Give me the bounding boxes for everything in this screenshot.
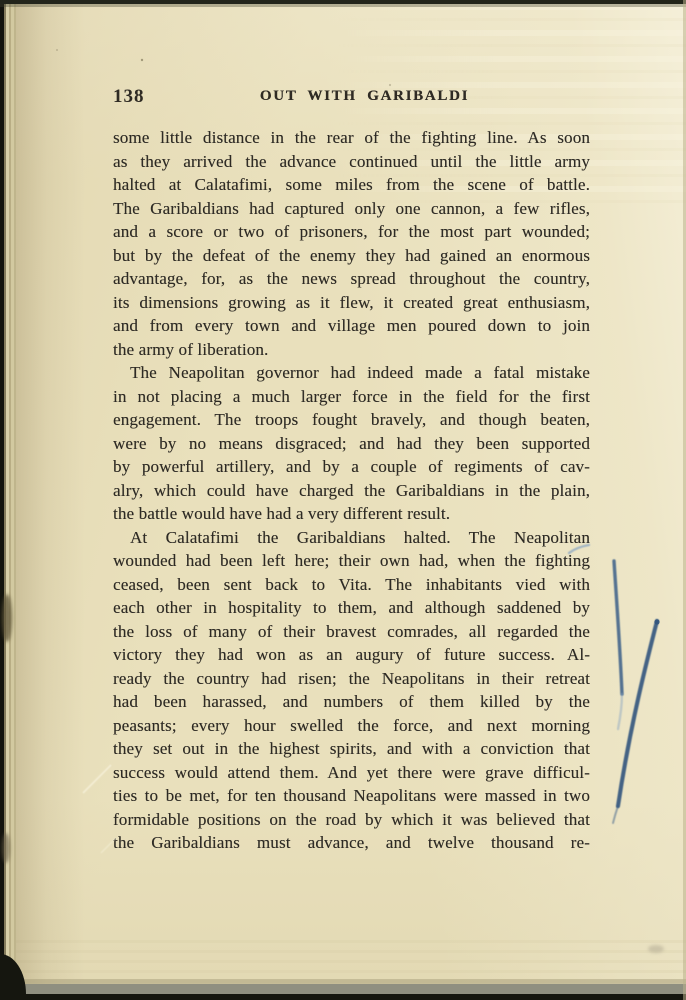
scan-corner-bottom-left [0, 954, 26, 1000]
scan-edge-bottom-grey [0, 984, 686, 994]
paper-speck [141, 59, 143, 61]
scanned-book-page: 138 OUT WITH GARIBALDI some little dista… [0, 0, 686, 1000]
text-line: each other in hospitality to them, and a… [113, 596, 590, 620]
text-line: the loss of many of their bravest comrad… [113, 620, 590, 644]
text-line: the Garibaldians must advance, and twelv… [113, 831, 590, 855]
text-line: and from every town and village men pour… [113, 314, 590, 338]
text-line: the army of liberation. [113, 338, 590, 362]
text-line: halted at Calatafimi, some miles from th… [113, 173, 590, 197]
text-line: some little distance in the rear of the … [113, 126, 590, 150]
text-line: ceased, been sent back to Vita. The inha… [113, 573, 590, 597]
text-block: some little distance in the rear of the … [113, 126, 590, 855]
page-header: 138 OUT WITH GARIBALDI [113, 86, 590, 106]
paper-smudge [648, 945, 664, 953]
scan-edge-top-soft [0, 4, 686, 7]
text-line: alry, which could have charged the Garib… [113, 479, 590, 503]
text-line: The Neapolitan governor had indeed made … [113, 361, 590, 385]
margin-ink-mark-long [618, 621, 657, 806]
text-line: victory they had won as an augury of fut… [113, 643, 590, 667]
text-line: The Garibaldians had captured only one c… [113, 197, 590, 221]
text-line: advantage, for, as the news spread throu… [113, 267, 590, 291]
text-line: engagement. The troops fought bravely, a… [113, 408, 590, 432]
text-line: wounded had been left here; their own ha… [113, 549, 590, 573]
paper-scratch [83, 765, 111, 793]
text-line: ties to be met, for ten thousand Neapoli… [113, 784, 590, 808]
text-line: in not placing a much larger force in th… [113, 385, 590, 409]
text-line: its dimensions growing as it flew, it cr… [113, 291, 590, 315]
page-stack-edge [14, 0, 16, 1000]
text-line: success would attend them. And yet there… [113, 761, 590, 785]
margin-ink-mark-short [614, 561, 622, 694]
margin-ink-mark-short-tail [618, 694, 622, 729]
text-line: formidable positions on the road by whic… [113, 808, 590, 832]
text-line: and a score or two of prisoners, for the… [113, 220, 590, 244]
text-line: At Calatafimi the Garibaldians halted. T… [113, 526, 590, 550]
text-line: were by no means disgraced; and had they… [113, 432, 590, 456]
paper-speck [56, 49, 58, 51]
gutter-shadow [15, 0, 85, 1000]
text-line: they set out in the highest spirits, and… [113, 737, 590, 761]
margin-ink-mark-long-tip [654, 619, 659, 624]
scan-edge-bottom [0, 994, 686, 1000]
text-line: but by the defeat of the enemy they had … [113, 244, 590, 268]
text-line: the battle would have had a very differe… [113, 502, 590, 526]
text-line: by powerful artillery, and by a couple o… [113, 455, 590, 479]
text-line: ready the country had risen; the Neapoli… [113, 667, 590, 691]
text-line: as they arrived the advance continued un… [113, 150, 590, 174]
text-line: had been harassed, and numbers of them k… [113, 690, 590, 714]
text-line: peasants; every hour swelled the force, … [113, 714, 590, 738]
running-title: OUT WITH GARIBALDI [139, 88, 590, 105]
margin-ink-mark-long-tail [613, 806, 618, 823]
